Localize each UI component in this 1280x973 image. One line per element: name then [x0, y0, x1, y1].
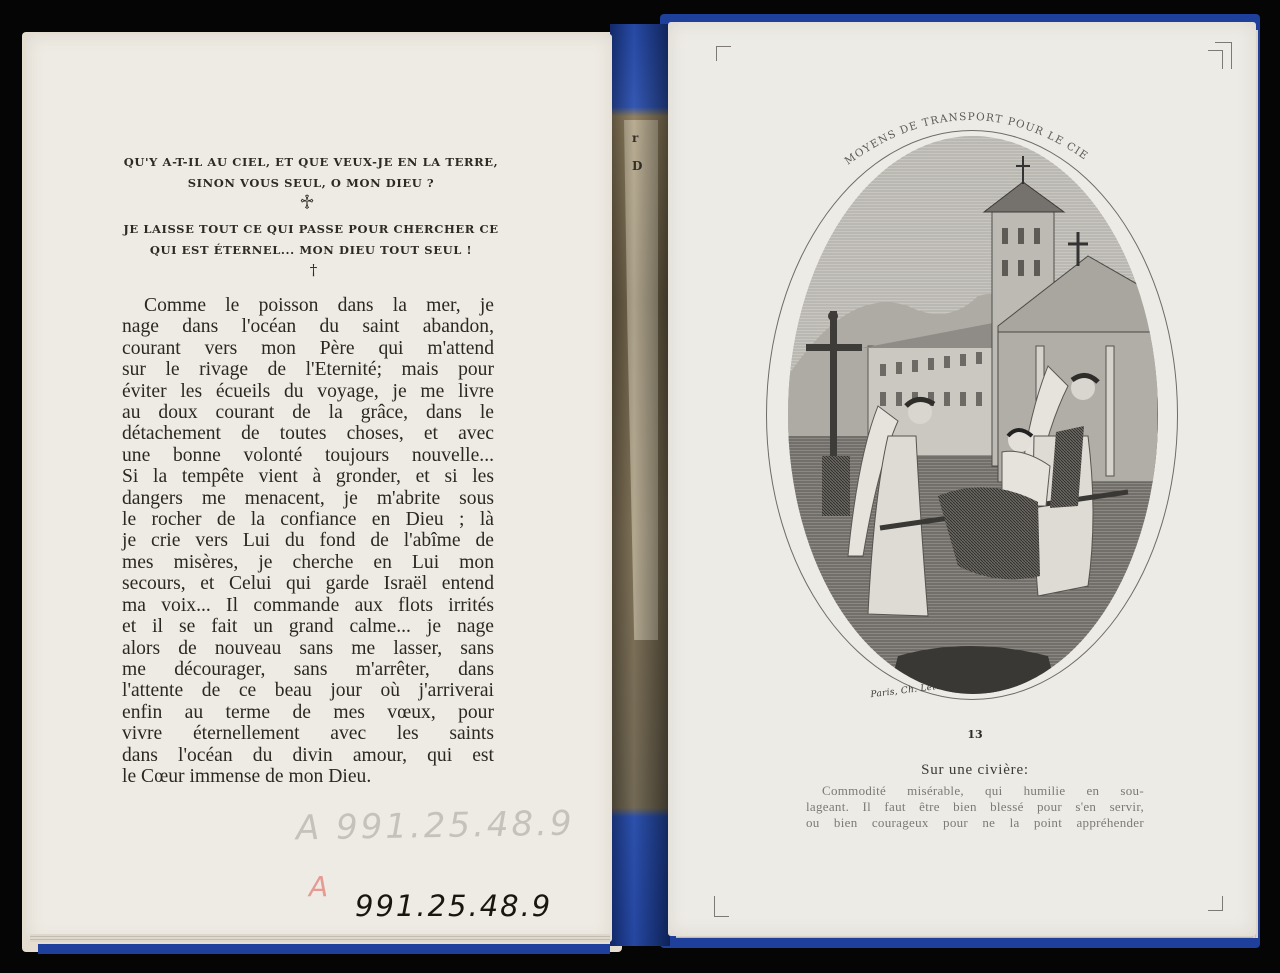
- text-line: le Cœur immense de mon Dieu.: [122, 766, 494, 787]
- text-line: courant vers mon Père qui m'attend: [122, 338, 494, 359]
- caption-line: ou bien courageux pour ne la point appré…: [806, 815, 1144, 831]
- text-line: alors de nouveau sans me lasser, sans: [122, 638, 494, 659]
- caption-line: lageant. Il faut être bien blessé pour s…: [806, 799, 1144, 815]
- text-line: éviter les écueils du voyage, je me livr…: [122, 381, 494, 402]
- text-line: sur le rivage de l'Eternité; mais pour: [122, 359, 494, 380]
- caption-title: Sur une civière:: [820, 762, 1130, 779]
- book-spine: r D: [610, 24, 670, 946]
- motto-1: QU'Y A-T-IL AU CIEL, ET QUE VEUX-JE EN L…: [112, 152, 510, 194]
- text-line: l'attente de ce beau jour où j'arriverai: [122, 680, 494, 701]
- dagger-cross-icon: †: [0, 261, 627, 279]
- text-line: me décourager, sans m'arrêter, dans: [122, 659, 494, 680]
- cover-edge-left: [38, 944, 610, 954]
- accession-number-faint: A 991.25.48.9: [296, 804, 575, 849]
- accession-number: 991.25.48.9: [355, 889, 552, 923]
- text-line: dangers me menacent, je m'abrite sous: [122, 488, 494, 509]
- plate-number: 13: [960, 728, 990, 741]
- corner-mark: [1208, 896, 1223, 911]
- cover-edge-right: [676, 938, 1256, 948]
- text-line: au doux courant de la grâce, dans le: [122, 402, 494, 423]
- corner-mark: [716, 46, 731, 61]
- devotional-paragraph: Comme le poisson dans la mer, je nage da…: [122, 295, 494, 787]
- page-edge: [30, 934, 610, 942]
- text-line: je crie vers Lui du fond de l'abîme de: [122, 530, 494, 551]
- corner-mark: [714, 896, 729, 917]
- text-line: le rocher de la confiance en Dieu ; là: [122, 509, 494, 530]
- engraving-illustration: [788, 136, 1158, 694]
- caption-text: Commodité misérable, qui humilie en sou-…: [806, 783, 1144, 831]
- accession-letter-red: A: [309, 870, 328, 903]
- engraving-icon: [788, 136, 1158, 694]
- text-line: détachement de toutes choses, et avec: [122, 423, 494, 444]
- text-line: secours, et Celui qui garde Israël enten…: [122, 573, 494, 594]
- cross-ornament-icon: ♱: [0, 190, 614, 214]
- text-line: enfin au terme de mes vœux, pour: [122, 702, 494, 723]
- text-line: une bonne volonté toujours nouvelle...: [122, 445, 494, 466]
- motto-2: JE LAISSE TOUT CE QUI PASSE POUR CHERCHE…: [112, 219, 510, 261]
- text-line: vivre éternellement avec les saints: [122, 723, 494, 744]
- text-line: ma voix... Il commande aux flots irrités: [122, 595, 494, 616]
- text-line: mes misères, je cherche en Lui mon: [122, 552, 494, 573]
- caption-line: Commodité misérable, qui humilie en sou-: [806, 783, 1144, 799]
- text-line: Comme le poisson dans la mer, je: [122, 295, 494, 316]
- text-line: et il se fait un grand calme... je nage: [122, 616, 494, 637]
- corner-mark: [1208, 50, 1223, 69]
- text-line: dans l'océan du divin amour, qui est: [122, 745, 494, 766]
- text-line: Si la tempête vient à gronder, et si les: [122, 466, 494, 487]
- text-line: nage dans l'océan du saint abandon,: [122, 316, 494, 337]
